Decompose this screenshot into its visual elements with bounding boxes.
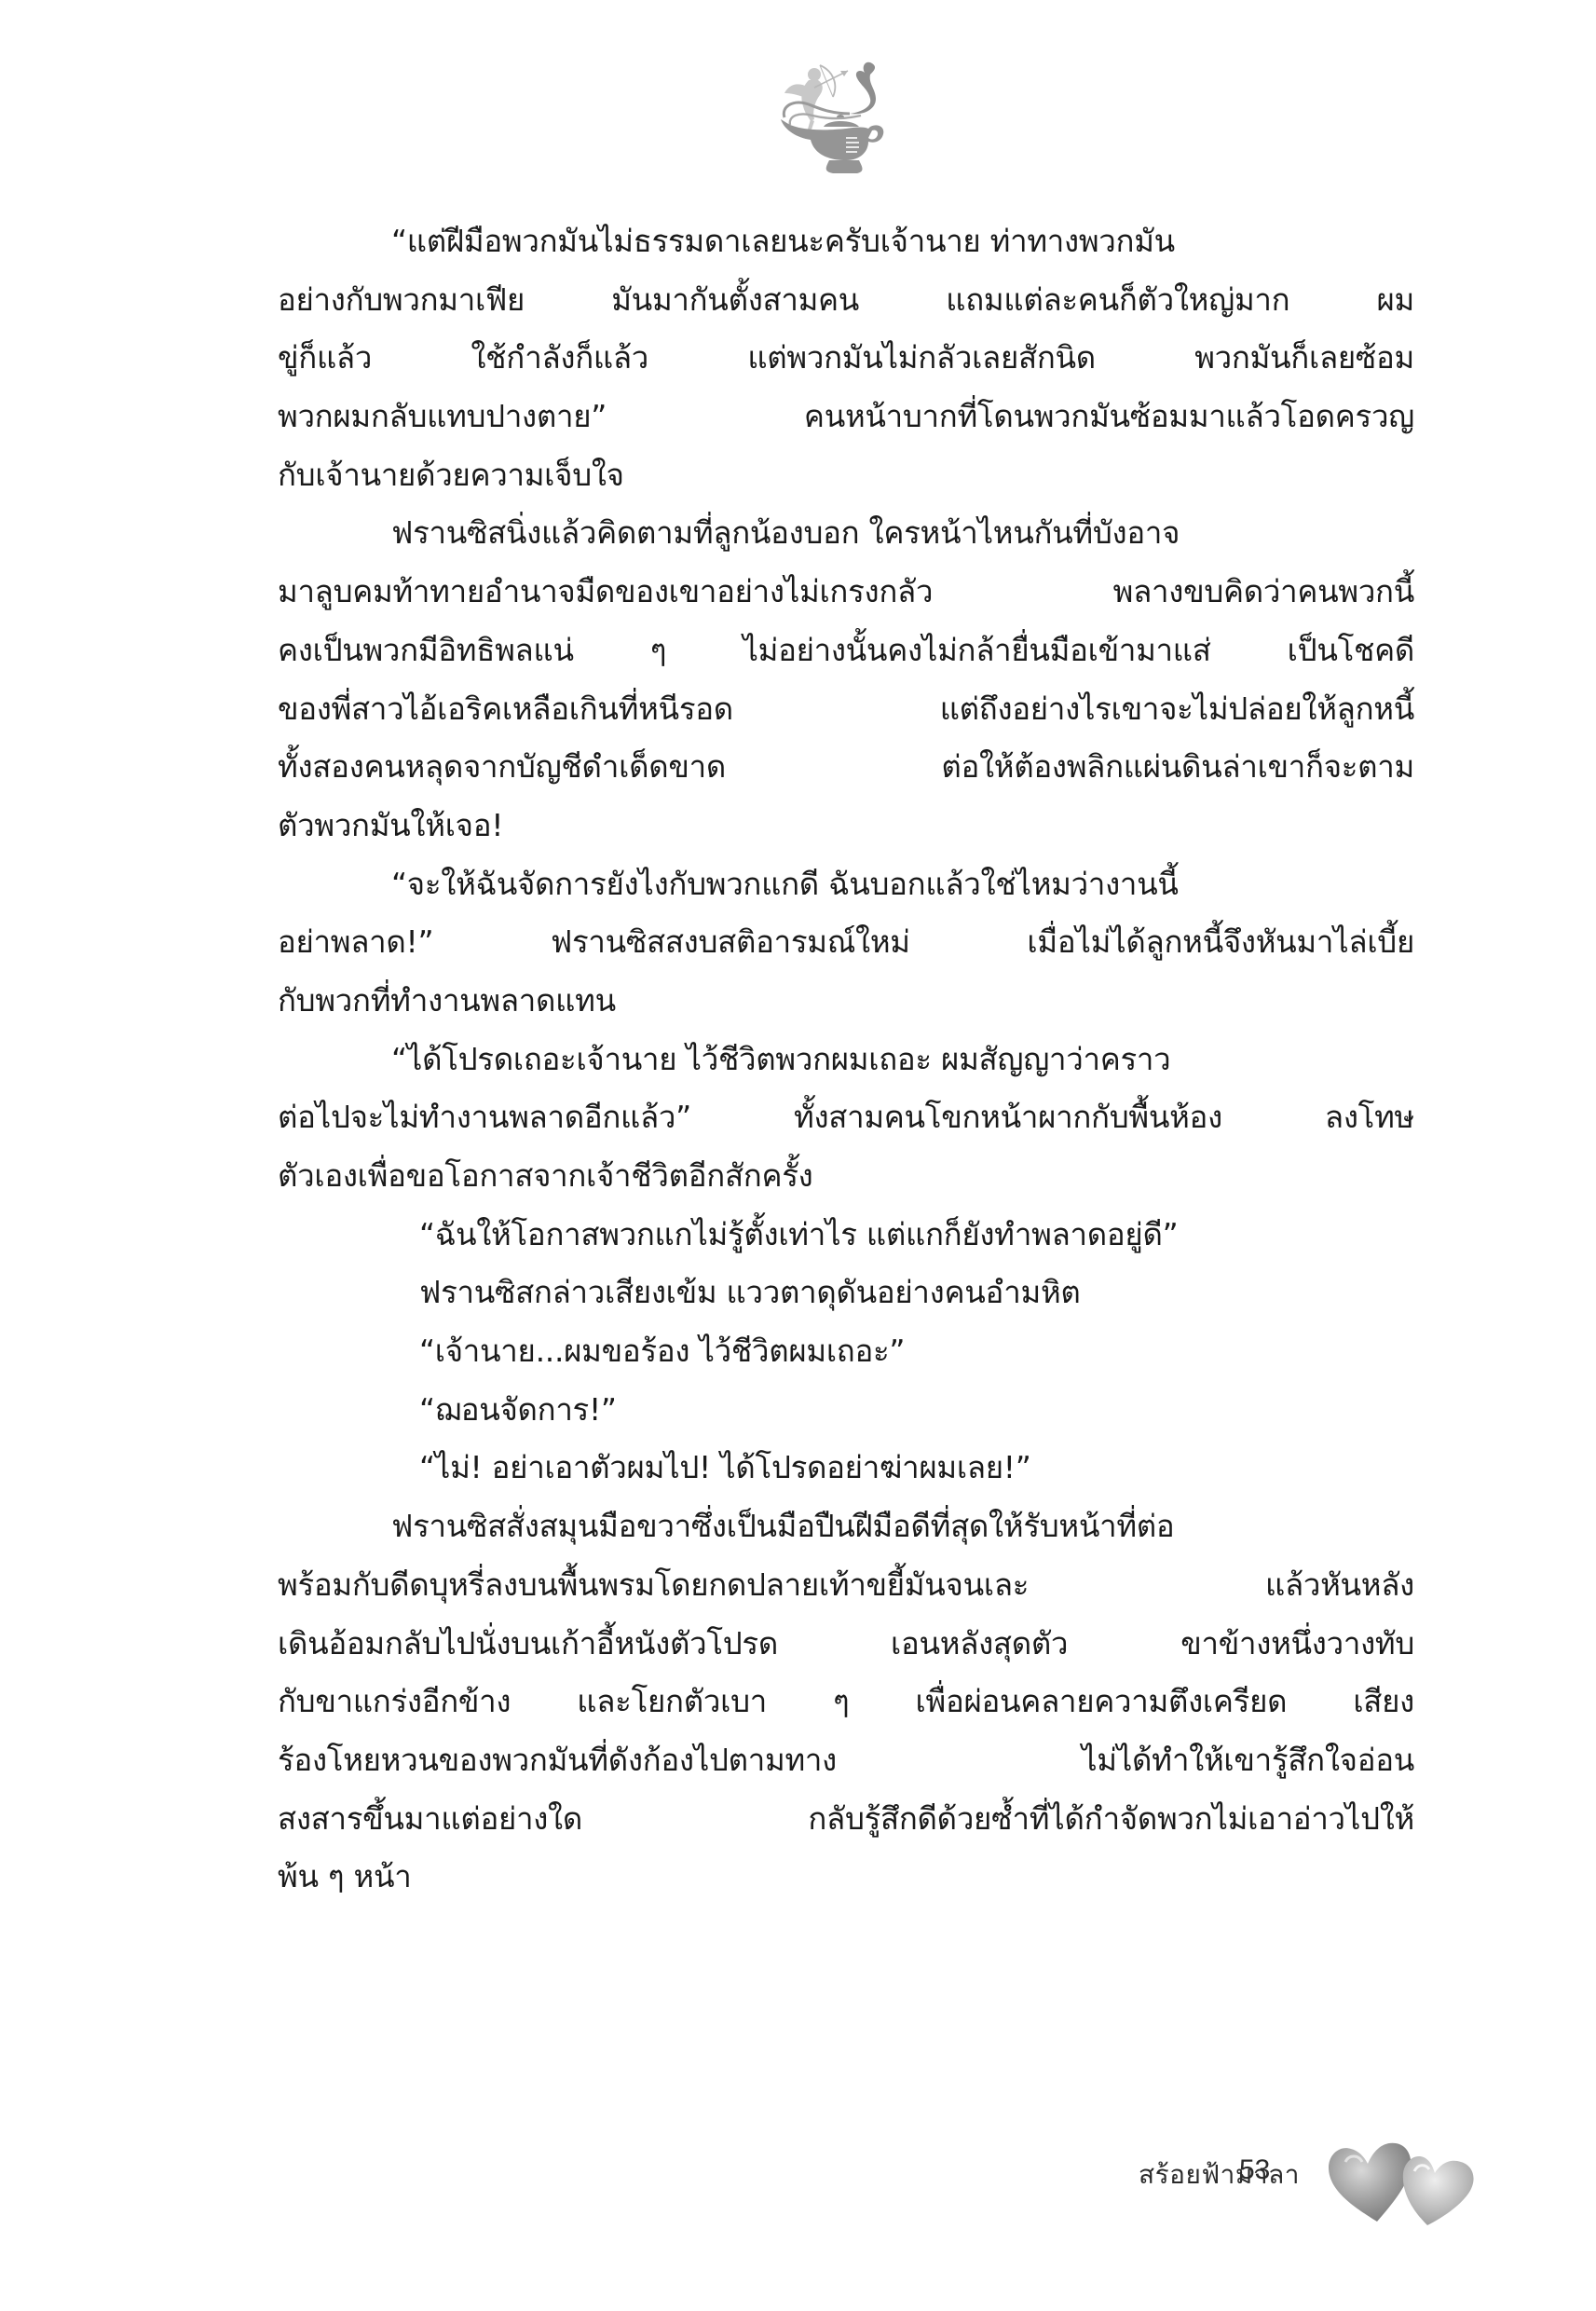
dialogue-line: “ฉันให้โอกาสพวกแกไม่รู้ตั้งเท่าไร แต่แกก… [278, 1206, 1414, 1265]
genie-lamp-cupid-icon [771, 58, 891, 175]
text-line: พวกผมกลับแทบปางตาย” คนหน้าบากที่โดนพวกมั… [278, 388, 1414, 446]
dialogue-line: ฟรานซิสกล่าวเสียงเข้ม แววตาดุดันอย่างคนอ… [278, 1264, 1414, 1322]
text-line: กับพวกที่ทำงานพลาดแทน [278, 972, 1414, 1031]
text-line: ทั้งสองคนหลุดจากบัญชีดำเด็ดขาด ต่อให้ต้อ… [278, 738, 1414, 797]
dialogue-line: “ไม่! อย่าเอาตัวผมไป! ได้โปรดอย่าฆ่าผมเล… [278, 1439, 1414, 1497]
text-line: ฟรานซิสสั่งสมุนมือขวาซึ่งเป็นมือปืนฝีมือ… [278, 1497, 1414, 1556]
text-line: “แต่ฝีมือพวกมันไม่ธรรมดาเลยนะครับเจ้านาย… [278, 212, 1414, 271]
text-line: คงเป็นพวกมีอิทธิพลแน่ ๆ ไม่อย่างนั้นคงไม… [278, 622, 1414, 680]
two-hearts-icon [1323, 2134, 1481, 2227]
text-line: ของพี่สาวไอ้เอริคเหลือเกินที่หนีรอด แต่ถ… [278, 680, 1414, 739]
text-line: มาลูบคมท้าทายอำนาจมืดของเขาอย่างไม่เกรงก… [278, 563, 1414, 622]
chapter-body-text: “แต่ฝีมือพวกมันไม่ธรรมดาเลยนะครับเจ้านาย… [278, 212, 1414, 1907]
text-line: “ได้โปรดเถอะเจ้านาย ไว้ชีวิตพวกผมเถอะ ผม… [278, 1031, 1414, 1089]
text-line: อย่างกับพวกมาเฟีย มันมากันตั้งสามคน แถมแ… [278, 271, 1414, 330]
text-line: ตัวพวกมันให้เจอ! [278, 797, 1414, 855]
text-line: “จะให้ฉันจัดการยังไงกับพวกแกดี ฉันบอกแล้… [278, 855, 1414, 914]
dialogue-line: “เจ้านาย...ผมขอร้อง ไว้ชีวิตผมเถอะ” [278, 1322, 1414, 1381]
page-number: 53 [1239, 2154, 1270, 2186]
dialogue-line: “ฌอนจัดการ!” [278, 1381, 1414, 1440]
text-line: สงสารขึ้นมาแต่อย่างใด กลับรู้สึกดีด้วยซ้… [278, 1790, 1414, 1849]
text-line: อย่าพลาด!” ฟรานซิสสงบสติอารมณ์ใหม่ เมื่อ… [278, 913, 1414, 972]
text-line: พ้น ๆ หน้า [278, 1848, 1414, 1907]
text-line: ขู่ก็แล้ว ใช้กำลังก็แล้ว แต่พวกมันไม่กลั… [278, 329, 1414, 388]
page-footer: สร้อยฟ้ามาลา 53 [0, 2134, 1596, 2227]
text-line: พร้อมกับดีดบุหรี่ลงบนพื้นพรมโดยกดปลายเท้… [278, 1556, 1414, 1615]
text-line: ต่อไปจะไม่ทำงานพลาดอีกแล้ว” ทั้งสามคนโขก… [278, 1088, 1414, 1147]
running-title: สร้อยฟ้ามาลา [1139, 2154, 1300, 2195]
text-line: ร้องโหยหวนของพวกมันที่ดังก้องไปตามทาง ไม… [278, 1731, 1414, 1790]
text-line: กับขาแกร่งอีกข้าง และโยกตัวเบา ๆ เพื่อผ่… [278, 1673, 1414, 1731]
text-line: กับเจ้านายด้วยความเจ็บใจ [278, 446, 1414, 505]
text-line: เดินอ้อมกลับไปนั่งบนเก้าอี้หนังตัวโปรด เ… [278, 1615, 1414, 1674]
text-line: ตัวเองเพื่อขอโอกาสจากเจ้าชีวิตอีกสักครั้… [278, 1147, 1414, 1206]
text-line: ฟรานซิสนิ่งแล้วคิดตามที่ลูกน้องบอก ใครหน… [278, 504, 1414, 563]
